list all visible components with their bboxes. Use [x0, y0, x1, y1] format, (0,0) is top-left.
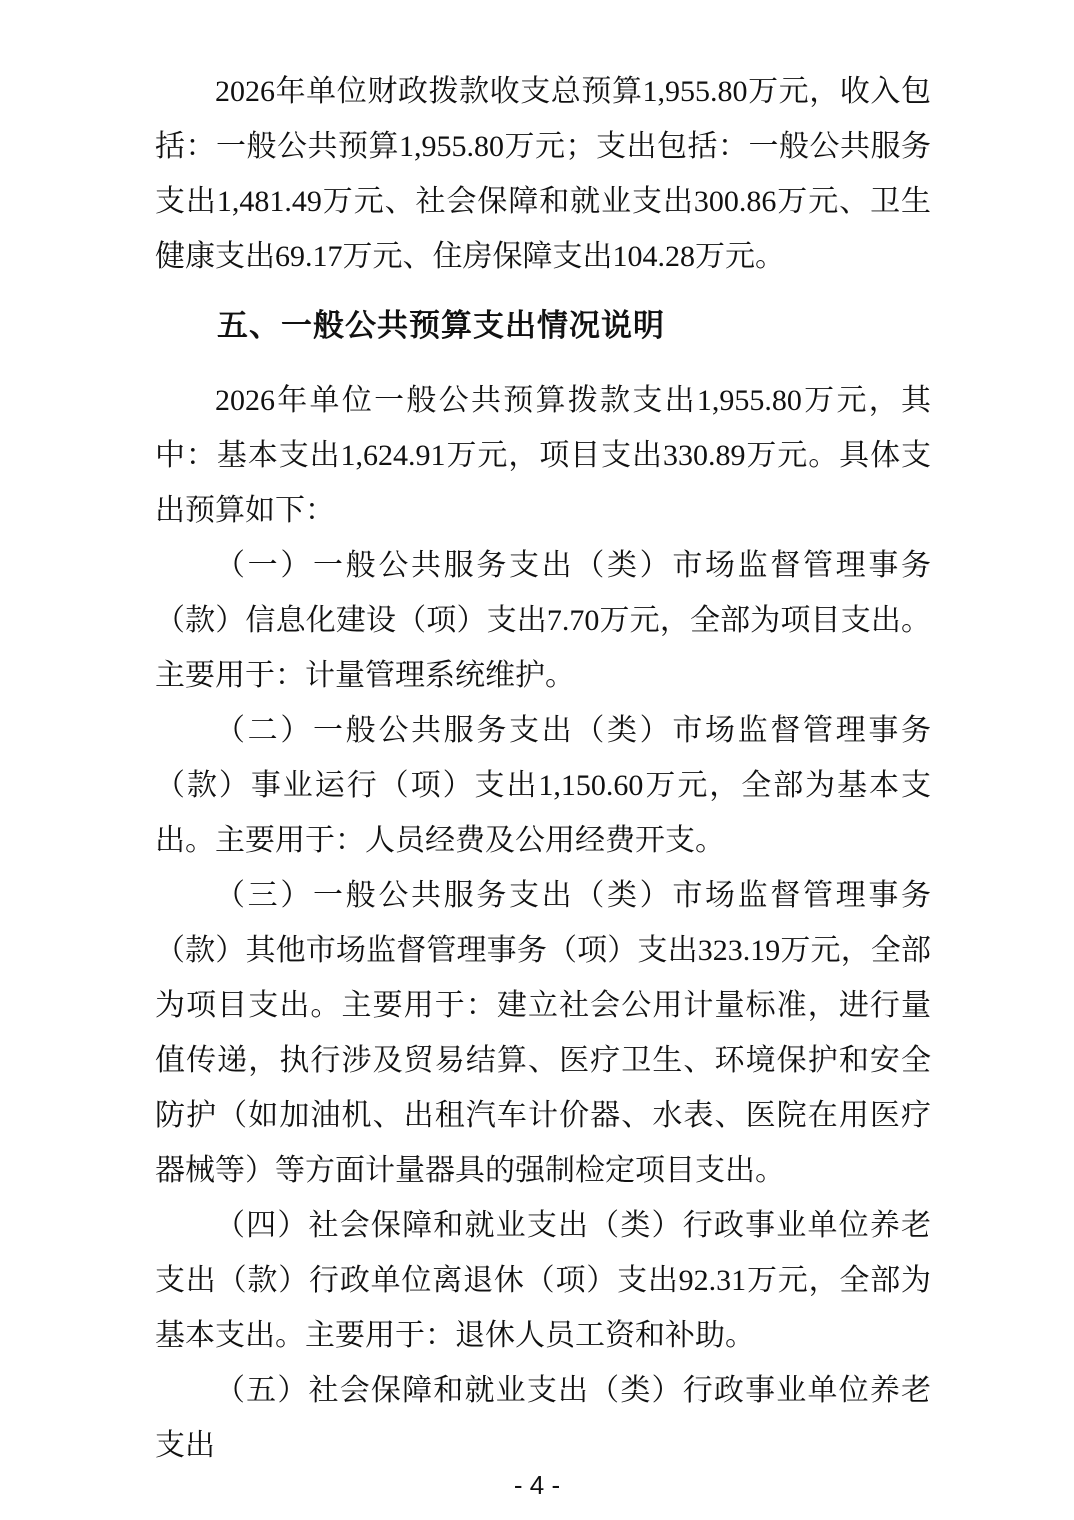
intro-paragraph: 2026年单位财政拨款收支总预算1,955.80万元，收入包括：一般公共预算1,…: [155, 64, 931, 284]
expense-item-4: （四）社会保障和就业支出（类）行政事业单位养老支出（款）行政单位离退休（项）支出…: [155, 1198, 931, 1363]
expense-item-3: （三）一般公共服务支出（类）市场监督管理事务（款）其他市场监督管理事务（项）支出…: [155, 868, 931, 1198]
expense-item-2: （二）一般公共服务支出（类）市场监督管理事务（款）事业运行（项）支出1,150.…: [155, 703, 931, 868]
page-number: - 4 -: [0, 1470, 1074, 1501]
expense-item-5: （五）社会保障和就业支出（类）行政事业单位养老支出: [155, 1363, 931, 1473]
section-heading: 五、一般公共预算支出情况说明: [155, 298, 931, 353]
document-page: 2026年单位财政拨款收支总预算1,955.80万元，收入包括：一般公共预算1,…: [0, 0, 1074, 1520]
document-body: 2026年单位财政拨款收支总预算1,955.80万元，收入包括：一般公共预算1,…: [155, 64, 931, 1473]
section-intro-paragraph: 2026年单位一般公共预算拨款支出1,955.80万元，其中：基本支出1,624…: [155, 373, 931, 538]
expense-item-1: （一）一般公共服务支出（类）市场监督管理事务（款）信息化建设（项）支出7.70万…: [155, 538, 931, 703]
